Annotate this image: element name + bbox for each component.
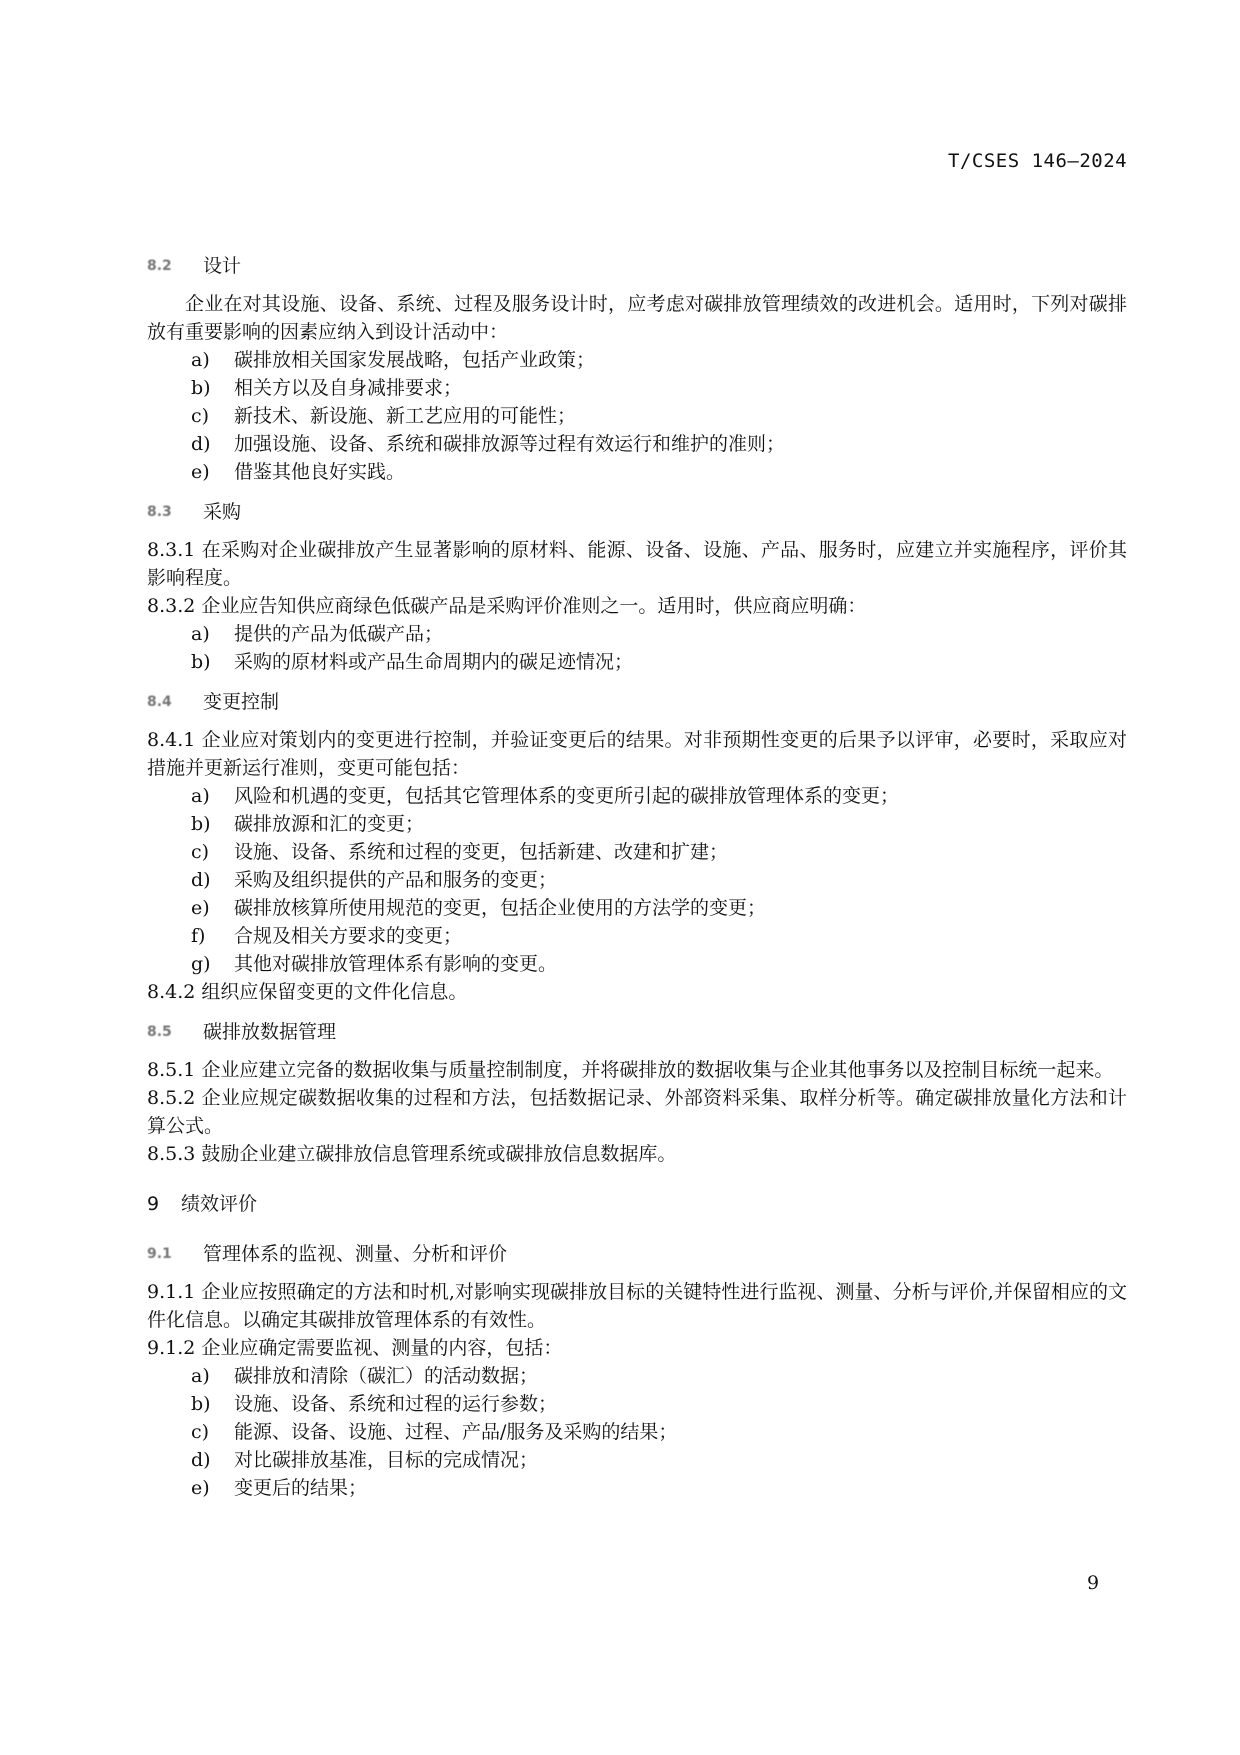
document-code: T/CSES 146—2024 [948, 150, 1127, 172]
list-item: b)设施、设备、系统和过程的运行参数； [147, 1390, 1127, 1418]
section-number: 8.3 [147, 498, 203, 526]
section-title: 碳排放数据管理 [203, 1018, 336, 1046]
list-item: a)风险和机遇的变更，包括其它管理体系的变更所引起的碳排放管理体系的变更； [147, 782, 1127, 810]
chapter-heading-9: 9 绩效评价 [147, 1190, 1127, 1218]
list-item: d)采购及组织提供的产品和服务的变更； [147, 866, 1127, 894]
list-item: e)借鉴其他良好实践。 [147, 458, 1127, 486]
section-number: 8.4 [147, 688, 203, 716]
page-number: 9 [1087, 1572, 1099, 1594]
section-heading-9-1: 9.1 管理体系的监视、测量、分析和评价 [147, 1240, 1127, 1268]
section-title: 变更控制 [203, 688, 279, 716]
list-item: a)碳排放和清除（碳汇）的活动数据； [147, 1362, 1127, 1390]
list-item: c)设施、设备、系统和过程的变更，包括新建、改建和扩建； [147, 838, 1127, 866]
list-item: e)变更后的结果； [147, 1474, 1127, 1502]
section-title: 设计 [203, 252, 241, 280]
list-item: d)加强设施、设备、系统和碳排放源等过程有效运行和维护的准则； [147, 430, 1127, 458]
paragraph: 8.5.1 企业应建立完备的数据收集与质量控制制度，并将碳排放的数据收集与企业其… [147, 1056, 1127, 1084]
paragraph: 8.3.1 在采购对企业碳排放产生显著影响的原材料、能源、设备、设施、产品、服务… [147, 536, 1127, 592]
section-heading-8-5: 8.5 碳排放数据管理 [147, 1018, 1127, 1046]
paragraph: 8.4.1 企业应对策划内的变更进行控制，并验证变更后的结果。对非预期性变更的后… [147, 726, 1127, 782]
list-item: b)碳排放源和汇的变更； [147, 810, 1127, 838]
paragraph: 8.5.3 鼓励企业建立碳排放信息管理系统或碳排放信息数据库。 [147, 1140, 1127, 1168]
section-heading-8-3: 8.3 采购 [147, 498, 1127, 526]
section-heading-8-2: 8.2 设计 [147, 252, 1127, 280]
list-item: a)碳排放相关国家发展战略，包括产业政策； [147, 346, 1127, 374]
list-item: c)新技术、新设施、新工艺应用的可能性； [147, 402, 1127, 430]
list-item: d)对比碳排放基准，目标的完成情况； [147, 1446, 1127, 1474]
paragraph: 9.1.1 企业应按照确定的方法和时机,对影响实现碳排放目标的关键特性进行监视、… [147, 1278, 1127, 1334]
chapter-title: 绩效评价 [181, 1190, 257, 1218]
section-number: 8.5 [147, 1018, 203, 1046]
paragraph: 8.5.2 企业应规定碳数据收集的过程和方法，包括数据记录、外部资料采集、取样分… [147, 1084, 1127, 1140]
list-item: b)相关方以及自身减排要求； [147, 374, 1127, 402]
list-item: c)能源、设备、设施、过程、产品/服务及采购的结果； [147, 1418, 1127, 1446]
list-8-4: a)风险和机遇的变更，包括其它管理体系的变更所引起的碳排放管理体系的变更； b)… [147, 782, 1127, 978]
list-item: a)提供的产品为低碳产品； [147, 620, 1127, 648]
section-heading-8-4: 8.4 变更控制 [147, 688, 1127, 716]
list-item: g)其他对碳排放管理体系有影响的变更。 [147, 950, 1127, 978]
paragraph: 9.1.2 企业应确定需要监视、测量的内容，包括： [147, 1334, 1127, 1362]
section-number: 8.2 [147, 252, 203, 280]
section-title: 采购 [203, 498, 241, 526]
list-8-2: a)碳排放相关国家发展战略，包括产业政策； b)相关方以及自身减排要求； c)新… [147, 346, 1127, 486]
list-item: b)采购的原材料或产品生命周期内的碳足迹情况； [147, 648, 1127, 676]
paragraph: 企业在对其设施、设备、系统、过程及服务设计时，应考虑对碳排放管理绩效的改进机会。… [147, 290, 1127, 346]
section-number: 9.1 [147, 1240, 203, 1268]
section-title: 管理体系的监视、测量、分析和评价 [203, 1240, 507, 1268]
chapter-number: 9 [147, 1190, 181, 1218]
list-item: f)合规及相关方要求的变更； [147, 922, 1127, 950]
paragraph: 8.3.2 企业应告知供应商绿色低碳产品是采购评价准则之一。适用时，供应商应明确… [147, 592, 1127, 620]
page-content: 8.2 设计 企业在对其设施、设备、系统、过程及服务设计时，应考虑对碳排放管理绩… [147, 252, 1127, 1502]
list-8-3: a)提供的产品为低碳产品； b)采购的原材料或产品生命周期内的碳足迹情况； [147, 620, 1127, 676]
list-9-1-2: a)碳排放和清除（碳汇）的活动数据； b)设施、设备、系统和过程的运行参数； c… [147, 1362, 1127, 1502]
list-item: e)碳排放核算所使用规范的变更，包括企业使用的方法学的变更； [147, 894, 1127, 922]
paragraph: 8.4.2 组织应保留变更的文件化信息。 [147, 978, 1127, 1006]
